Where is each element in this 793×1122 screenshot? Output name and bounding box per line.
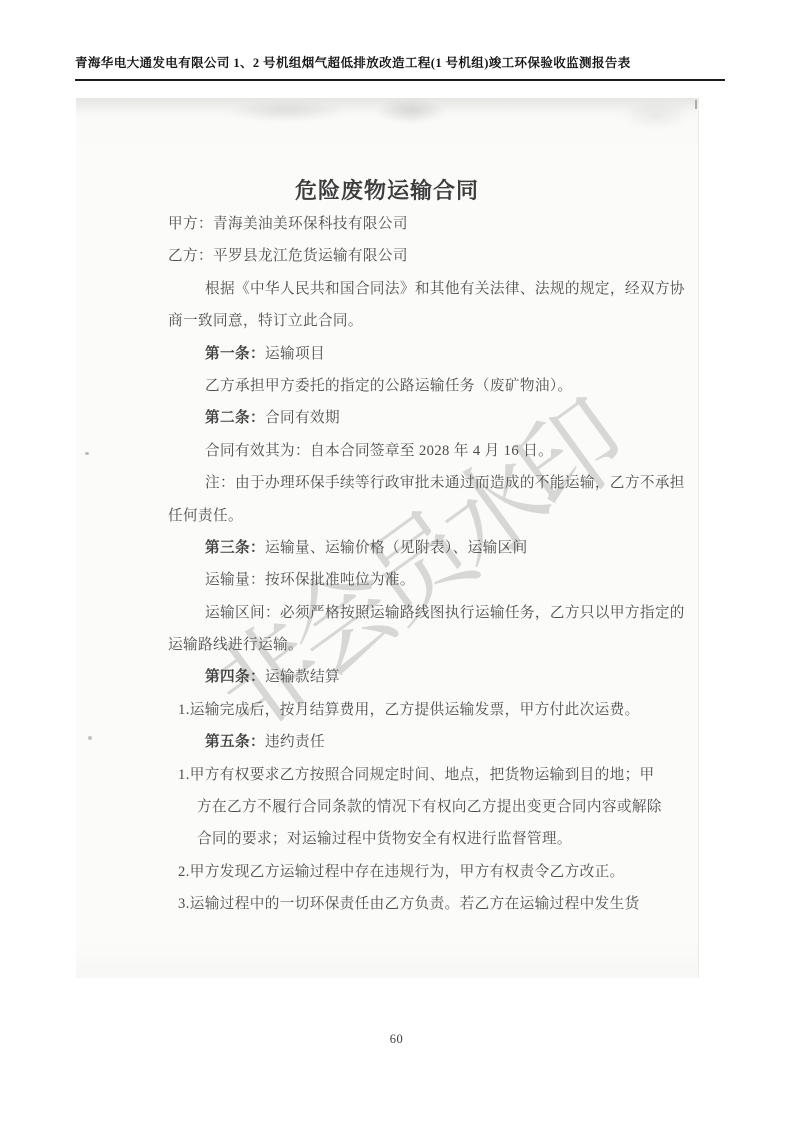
contract-line: 运输量：按环保批准吨位为准。 (205, 571, 686, 603)
contract-line: 运输区间：必须严格按照运输路线图执行运输任务，乙方只以甲方指定的 (205, 604, 686, 636)
scan-smudge (226, 100, 346, 122)
scan-speck (85, 452, 89, 455)
contract-body: 甲方：青海美油美环保科技有限公司乙方：平罗县龙江危货运输有限公司根据《中华人民共… (168, 215, 686, 928)
contract-line: 乙方承担甲方委托的指定的公路运输任务（废矿物油）。 (205, 377, 686, 409)
scan-edge-mark (695, 100, 697, 109)
contract-line: 合同有效其为：自本合同签章至 2028 年 4 月 16 日。 (205, 442, 686, 474)
contract-line: 第一条：运输项目 (205, 345, 686, 377)
contract-line: 任何责任。 (168, 507, 686, 539)
contract-line: 1.运输完成后，按月结算费用，乙方提供运输发票，甲方付此次运费。 (178, 701, 686, 733)
contract-line: 甲方：青海美油美环保科技有限公司 (168, 215, 686, 247)
contract-line: 1.甲方有权要求乙方按照合同规定时间、地点，把货物运输到目的地；甲 (178, 766, 686, 798)
contract-line: 根据《中华人民共和国合同法》和其他有关法律、法规的规定，经双方协 (205, 280, 686, 312)
contract-line: 方在乙方不履行合同条款的情况下有权向乙方提出变更合同内容或解除 (197, 798, 686, 830)
scan-smudge (376, 98, 446, 124)
contract-title: 危险废物运输合同 (76, 174, 698, 205)
contract-line: 运输路线进行运输。 (168, 636, 686, 668)
scanned-document: 非会员水印 危险废物运输合同 甲方：青海美油美环保科技有限公司乙方：平罗县龙江危… (76, 98, 699, 978)
report-header-title: 青海华电大通发电有限公司 1、2 号机组烟气超低排放改造工程(1 号机组)竣工环… (75, 53, 735, 71)
scan-speck (88, 736, 92, 740)
contract-line: 第五条：违约责任 (205, 733, 686, 765)
contract-line: 合同的要求；对运输过程中货物安全有权进行监督管理。 (197, 830, 686, 862)
contract-line: 3.运输过程中的一切环保责任由乙方负责。若乙方在运输过程中发生货 (178, 895, 686, 927)
page-number: 60 (0, 1032, 793, 1047)
contract-line: 注：由于办理环保手续等行政审批未通过而造成的不能运输，乙方不承担 (205, 474, 686, 506)
contract-line: 2.甲方发现乙方运输过程中存在违规行为，甲方有权责令乙方改正。 (178, 863, 686, 895)
scan-smudge-top-band (76, 98, 698, 114)
contract-line: 第四条：运输款结算 (205, 668, 686, 700)
header-divider-rule (75, 79, 725, 81)
contract-line: 商一致同意，特订立此合同。 (168, 312, 686, 344)
scan-smudge (621, 100, 691, 130)
contract-line: 乙方：平罗县龙江危货运输有限公司 (168, 247, 686, 279)
contract-line: 第二条：合同有效期 (205, 409, 686, 441)
contract-line: 第三条：运输量、运输价格（见附表）、运输区间 (205, 539, 686, 571)
